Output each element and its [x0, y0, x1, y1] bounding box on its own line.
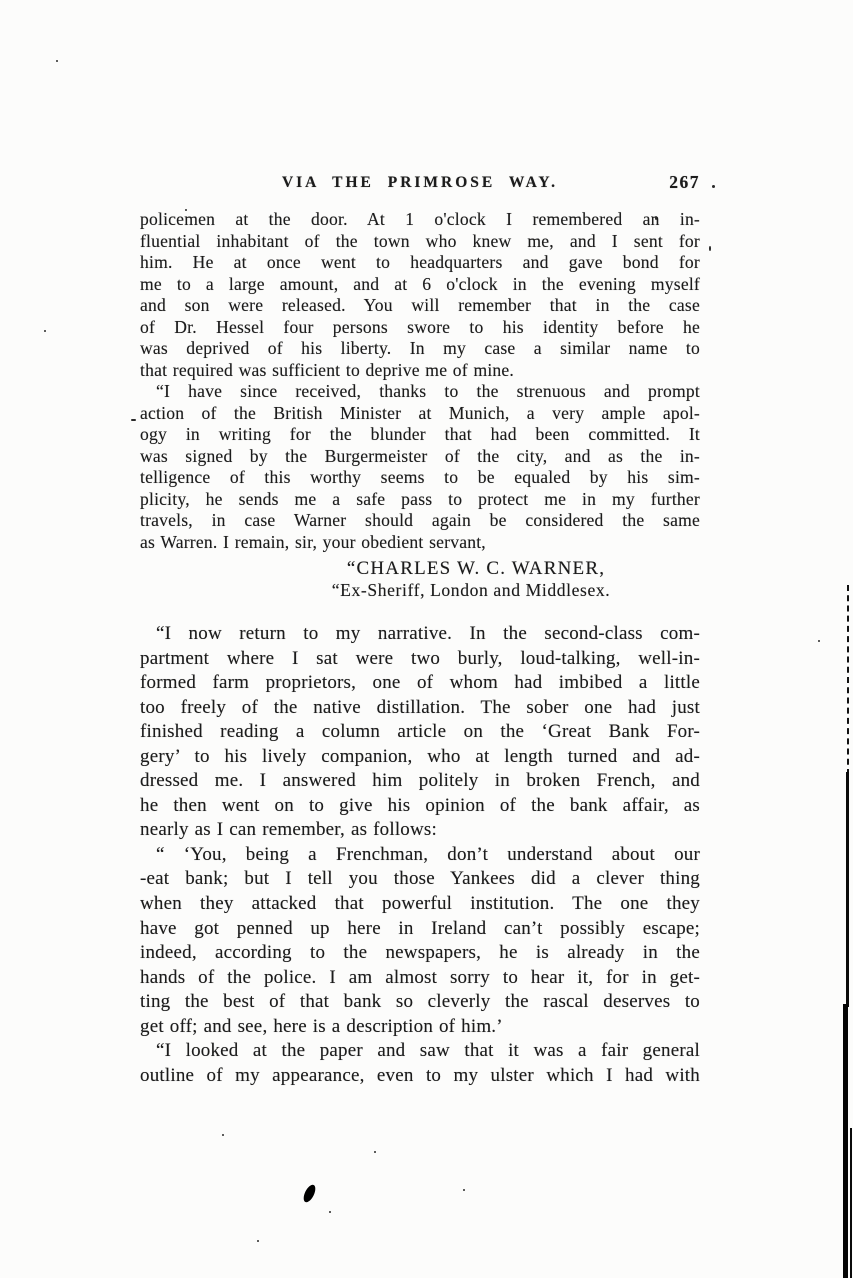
text-line: get off; and see, here is a description …	[140, 1015, 700, 1040]
scan-speck	[329, 1211, 331, 1213]
text-line: indeed, according to the newspapers, he …	[140, 941, 700, 966]
text-line: dressed me. I answered him politely in b…	[140, 769, 700, 794]
scan-speck	[374, 1151, 376, 1153]
scan-speck	[655, 216, 657, 220]
text-line: policemen at the door. At 1 o'clock I re…	[140, 209, 700, 231]
running-title: VIA THE PRIMROSE WAY.	[140, 174, 700, 192]
book-page: VIA THE PRIMROSE WAY. 267 policemen at t…	[0, 0, 853, 1278]
text-line: me to a large amount, and at 6 o'clock i…	[140, 274, 700, 296]
text-line: him. He at once went to headquarters and…	[140, 252, 700, 274]
text-line: nearly as I can remember, as follows:	[140, 818, 700, 843]
text-line: partment where I sat were two burly, lou…	[140, 647, 700, 672]
scan-speck	[257, 1240, 259, 1242]
scan-speck	[222, 1134, 224, 1136]
signature-name-line: “CHARLES W. C. WARNER,	[196, 558, 756, 580]
text-line: plicity, he sends me a safe pass to prot…	[140, 489, 700, 511]
scan-binding-line-mid	[846, 772, 849, 1007]
text-line: “I looked at the paper and saw that it w…	[140, 1039, 700, 1064]
text-line: outline of my appearance, even to my uls…	[140, 1064, 700, 1089]
scan-binding-line-dashed	[847, 585, 849, 775]
page-header: VIA THE PRIMROSE WAY. 267	[140, 172, 700, 196]
text-line: when they attacked that powerful institu…	[140, 892, 700, 917]
text-line: fluential inhabitant of the town who kne…	[140, 231, 700, 253]
scan-speck	[185, 209, 187, 211]
text-line: travels, in case Warner should again be …	[140, 510, 700, 532]
text-line: formed farm proprietors, one of whom had…	[140, 671, 700, 696]
signature-title-line: “Ex-Sheriff, London and Middlesex.	[191, 580, 751, 602]
text-line: too freely of the native distillation. T…	[140, 696, 700, 721]
text-line: as Warren. I remain, sir, your obedient …	[140, 532, 700, 554]
text-line: that required was sufficient to deprive …	[140, 360, 700, 382]
text-line: gery’ to his lively companion, who at le…	[140, 745, 700, 770]
text-line: hands of the police. I am almost sorry t…	[140, 966, 700, 991]
scan-speck	[56, 60, 58, 62]
text-line: action of the British Minister at Munich…	[140, 403, 700, 425]
text-line: ting the best of that bank so cleverly t…	[140, 990, 700, 1015]
scan-speck	[463, 1189, 465, 1191]
text-line: and son were released. You will remember…	[140, 295, 700, 317]
text-line: “I have since received, thanks to the st…	[140, 381, 700, 403]
scan-speck	[131, 419, 136, 421]
text-line: of Dr. Hessel four persons swore to his …	[140, 317, 700, 339]
text-line: telligence of this worthy seems to be eq…	[140, 467, 700, 489]
page-number: 267	[669, 172, 700, 193]
text-line: finished reading a column article on the…	[140, 720, 700, 745]
scan-binding-line-inner	[850, 1128, 852, 1278]
text-line: “I now return to my narrative. In the se…	[140, 622, 700, 647]
scan-speck	[44, 330, 46, 332]
text-line: have got penned up here in Ireland can’t…	[140, 917, 700, 942]
letter-signature: “CHARLES W. C. WARNER, “Ex-Sheriff, Lond…	[140, 558, 700, 601]
ink-blot	[301, 1183, 317, 1204]
letter-body-text: policemen at the door. At 1 o'clock I re…	[140, 209, 700, 553]
scan-speck	[709, 246, 711, 251]
text-line: was signed by the Burgermeister of the c…	[140, 446, 700, 468]
narrative-body-text: “I now return to my narrative. In the se…	[140, 622, 700, 1088]
text-line: was deprived of his liberty. In my case …	[140, 338, 700, 360]
text-line: ogy in writing for the blunder that had …	[140, 424, 700, 446]
scan-binding-line-bottom	[843, 1004, 848, 1278]
text-line: -eat bank; but I tell you those Yankees …	[140, 867, 700, 892]
text-line: “ ‘You, being a Frenchman, don’t underst…	[140, 843, 700, 868]
scan-speck	[712, 185, 715, 188]
text-line: he then went on to give his opinion of t…	[140, 794, 700, 819]
scan-speck	[818, 640, 820, 642]
